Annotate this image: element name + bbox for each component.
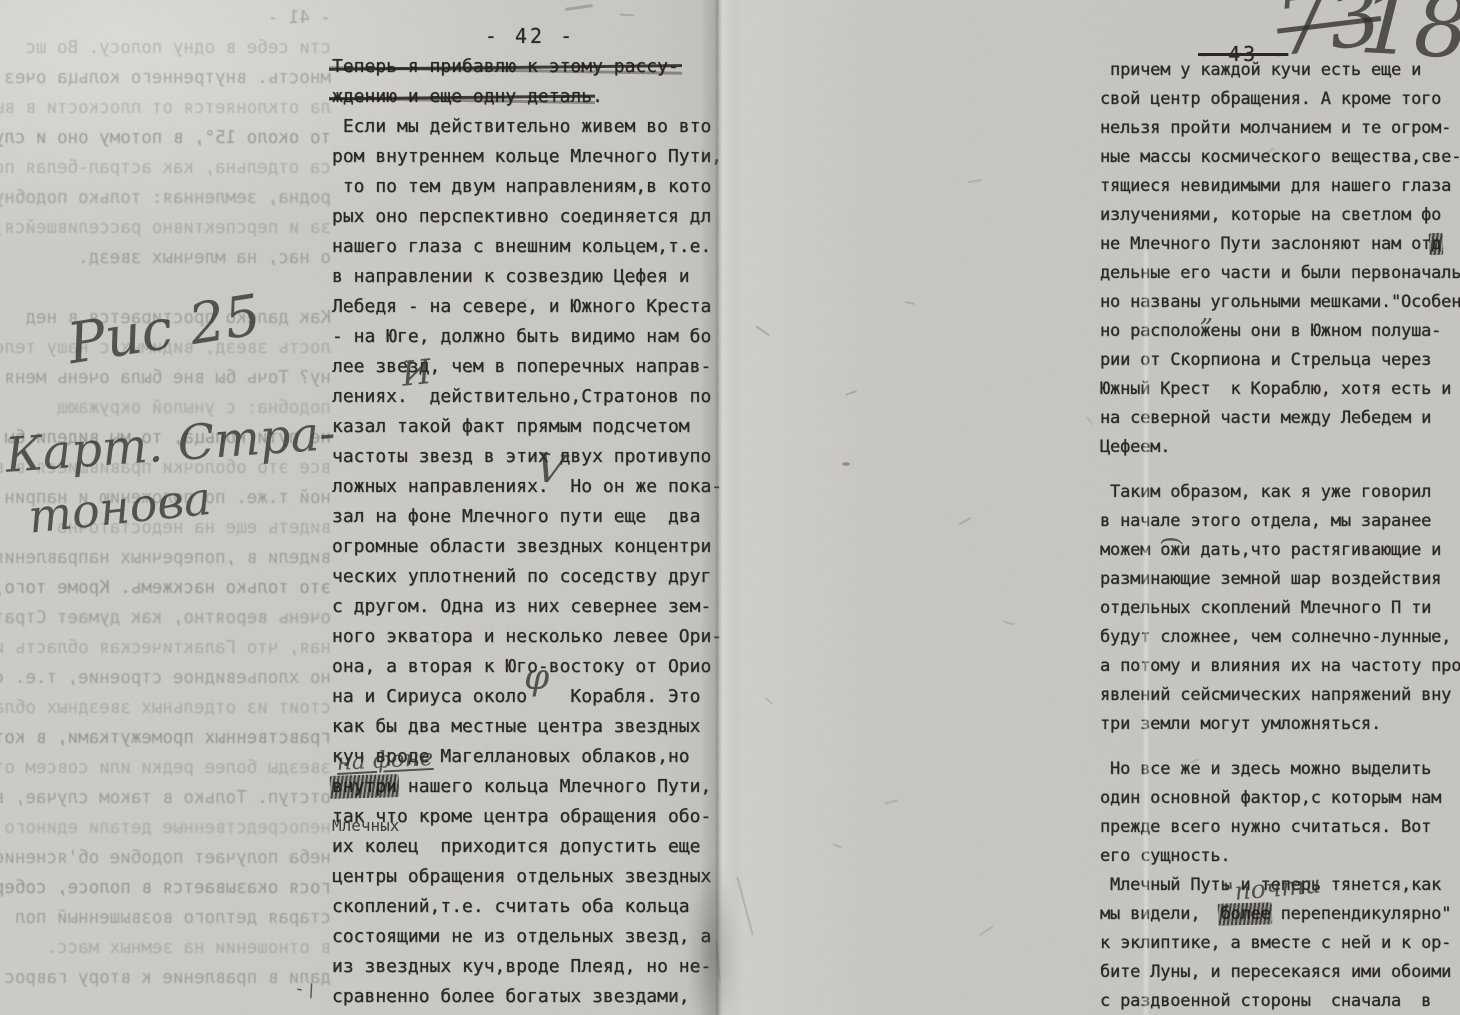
bleedthrough-line: непосредственные детали единого пол: [0, 818, 331, 848]
bleedthrough-line: дали в правление к втору гаврос: [0, 968, 331, 998]
typewritten-line: будут сложнее, чем солнечно-лунные,: [1100, 627, 1460, 656]
page-number-42: - 42 -: [440, 24, 620, 48]
typewritten-line: Цефеем.: [1100, 437, 1460, 466]
typewritten-line: Южный Крест к Кораблю, хотя есть и: [1100, 379, 1460, 408]
paper-fiber: [620, 14, 634, 17]
typewritten-line: на северной части между Лебедем и: [1100, 408, 1460, 437]
paper-fiber: [565, 4, 593, 11]
typewritten-line: - на Юге, должно быть видимо нам бо: [332, 326, 724, 356]
typed-insert-mlechnykh: Млечных: [332, 818, 399, 834]
typewritten-line: их колец приходится допустить еще: [332, 836, 724, 866]
typewritten-line: то по тем двум направлениям,в кото: [332, 176, 724, 206]
typewritten-line: Теперь я прибавлю к этому рассу-: [332, 56, 724, 86]
quote-insert: „: [1200, 300, 1213, 326]
paragraph-gap: [1100, 743, 1460, 759]
typewritten-line: частоты звезд в этих двух противупо: [332, 446, 724, 476]
typewritten-line: зал на фоне Млечного пути еще два: [332, 506, 724, 536]
typewritten-line: ждению и еще одну деталь.: [332, 86, 724, 116]
typewritten-line: разминающие земной шар воздействия: [1100, 569, 1460, 598]
bleedthrough-line: стоит из отдельных звездных облак: [0, 698, 331, 728]
struck-text: более: [1220, 904, 1270, 924]
typewritten-line: скоплений,т.е. считать оба кольца: [332, 896, 724, 926]
struck-text: Теперь я прибавлю к этому рассу-: [332, 56, 679, 77]
insert-na-fone: на фоне: [336, 747, 434, 775]
bleedthrough-line: видели в ,поперечных направлениях: [0, 548, 331, 578]
bleedthrough-line: звезды более редки или совсем ото: [0, 758, 331, 788]
typewritten-line: Лебедя - на севере, и Южного Креста: [332, 296, 724, 326]
check-mark: V: [534, 448, 567, 491]
typewritten-line: центры обращения отдельных звездных: [332, 866, 724, 896]
bleedthrough-line: о нас, на млечных звезд.: [0, 248, 331, 278]
typewritten-line: бите Луны, и пересекаяся ими обоими: [1100, 962, 1460, 991]
paper-fiber: [736, 877, 753, 935]
typewritten-line: излучениями, которые на светлом фо: [1100, 205, 1460, 234]
bleedthrough-line: гравственных промежутками, в котор: [0, 728, 331, 758]
bottom-fold-shadow: [686, 860, 738, 1015]
typewritten-line: дельные его части и были первоначаль: [1100, 263, 1460, 292]
bleedthrough-line: неба получает подобие об'яснение: [0, 848, 331, 878]
typewritten-line: можем ожи дать,что растягивающие и: [1100, 540, 1460, 569]
typewritten-line: Таким образом, как я уже говорил: [1100, 482, 1460, 511]
typewritten-line: нашего глаза с внешним кольцем,т.е.: [332, 236, 724, 266]
document-scan: - 41 -сти себе в одну полосу. Во шсмност…: [0, 0, 1460, 1015]
paper-fiber: [905, 301, 915, 304]
paper-fiber: [884, 799, 898, 804]
typewritten-line: состоящими не из отдельных звезд, а: [332, 926, 724, 956]
typewritten-line: Если мы действительно живем во вто: [332, 116, 724, 146]
paragraph-gap: [1100, 466, 1460, 482]
struck-text: внутри: [332, 776, 397, 797]
typewritten-line: лениях. действительно,Стратонов по: [332, 386, 724, 416]
bleedthrough-line: гося оказывается в полосе, соберо: [0, 878, 331, 908]
typewritten-line: с другом. Одна из них севернее зем-: [332, 596, 724, 626]
paper-fiber: [1086, 416, 1094, 425]
bleedthrough-line: ная, что Галактическая область им: [0, 638, 331, 668]
typewritten-line: в направлении к созвездию Цефея и: [332, 266, 724, 296]
typewritten-line: отдельных скоплений Млечного П ти: [1100, 598, 1460, 627]
typewritten-line: внутри нашего кольца Млечного Пути,: [332, 776, 724, 806]
typewritten-line: мы видели, более перепендикулярно": [1100, 904, 1460, 933]
typewritten-line: ложных направлениях. Но он же пока-: [332, 476, 724, 506]
typewritten-line: один основной фактор,с которым нам: [1100, 788, 1460, 817]
typewritten-line: лее звезд, чем в поперечных направ-: [332, 356, 724, 386]
typewritten-line: прежде всего нужно считаться. Вот: [1100, 817, 1460, 846]
typewritten-line: а потому и влияния их на частоту про-: [1100, 656, 1460, 685]
typewritten-line: три земли могут умложняться.: [1100, 714, 1460, 743]
page-43-text-column: причем у каждой кучи есть еще исвой цент…: [1100, 60, 1460, 1015]
bleedthrough-line: это только наскжемь. Кроме того,: [0, 578, 331, 608]
paper-stain: [842, 462, 850, 466]
typewritten-line: огромные области звездных концентри: [332, 536, 724, 566]
paper-fiber: [765, 697, 774, 705]
bleedthrough-line: то около 15°, в потому оно и случ: [0, 128, 331, 158]
typewritten-line: рых оно перспективно соединяется дл: [332, 206, 724, 236]
typewritten-line: его сущность.: [1100, 846, 1460, 875]
bleedthrough-line: - 41 -: [0, 8, 331, 38]
page-number-180: 180: [1357, 0, 1460, 74]
paper-fiber: [968, 179, 982, 183]
typewritten-line: из звездных куч,вроде Плеяд, но не-: [332, 956, 724, 986]
inserted-letter-i: И: [400, 355, 433, 392]
bleedthrough-line: в отношении на земных масс.: [0, 938, 331, 968]
typewritten-line: но расположены они в Южном полуша-: [1100, 321, 1460, 350]
paper-fiber: [1003, 620, 1015, 625]
typewritten-line: свой центр обращения. А кроме того: [1100, 89, 1460, 118]
struck-text: д: [1431, 234, 1441, 254]
typewritten-line: тящиеся невидимыми для нашего глаза: [1100, 176, 1460, 205]
bleedthrough-line: старая детлого возвышенный пол: [0, 908, 331, 938]
paper-fiber: [833, 843, 842, 848]
paper-fiber: [959, 517, 972, 525]
typewritten-line: но названы угольными мешками."Особен: [1100, 292, 1460, 321]
typewritten-line: ром внутреннем кольце Млечного Пути,: [332, 146, 724, 176]
typewritten-line: Но все же и здесь можно выделить: [1100, 759, 1460, 788]
typewritten-line: нельзя пройти молчанием и те огром-: [1100, 118, 1460, 147]
paper-fiber: [845, 390, 857, 396]
typewritten-line: ные массы космического вещества,све-: [1100, 147, 1460, 176]
paper-crease: [1144, 250, 1148, 1015]
pencil-dash-mark: - \: [295, 980, 316, 1001]
typewritten-line: сравненно более богатых звездами,: [332, 986, 724, 1015]
page-42-text-column: Теперь я прибавлю к этому рассу-ждению и…: [332, 56, 724, 1015]
typewritten-line: как бы два местные центра звездных: [332, 716, 724, 746]
bleedthrough-line: отступ. Только в таком случае, во: [0, 788, 331, 818]
struck-text: ждению и еще одну деталь: [332, 86, 592, 107]
phi-symbol: φ: [524, 660, 549, 696]
typewritten-line: ного экватора и несколько левее Ори-: [332, 626, 724, 656]
typewritten-line: явлений сейсмических напряжений вну: [1100, 685, 1460, 714]
typewritten-line: к эклиптике, а вместе с ней и к ор-: [1100, 933, 1460, 962]
bleedthrough-line: са отдельна, как астрал-белая пол: [0, 158, 331, 188]
bleedthrough-line: ну? Точь бы вне была очень меня: [0, 368, 331, 398]
typewritten-line: в начале этого отдела, мы заранее: [1100, 511, 1460, 540]
paper-fiber: [979, 926, 993, 936]
paper-fiber: [756, 326, 770, 336]
typewritten-line: рии от Скорпиона и Стрельца через: [1100, 350, 1460, 379]
bleedthrough-line: мность. внутреннего кольца очез в: [0, 68, 331, 98]
bleedthrough-line: за и перспективно расселившейся, пр: [0, 218, 331, 248]
bleedthrough-line: очень вероятно, как думает Стратон: [0, 608, 331, 638]
bleedthrough-line: но хлопьевидное строение, т.е. со: [0, 668, 331, 698]
typewritten-line: с раздвоенной стороны сначала в: [1100, 991, 1460, 1015]
bleedthrough-line: родна, земленная: только подобну н: [0, 188, 331, 218]
typewritten-line: ческих уплотнений по соседству друг: [332, 566, 724, 596]
bleedthrough-line: ла отклоняется от плоскости в вы: [0, 98, 331, 128]
typewritten-line: не Млечного Пути заслоняют нам отд: [1100, 234, 1460, 263]
bleedthrough-line: сти себе в одну полосу. Во шс: [0, 38, 331, 68]
typewritten-line: казал такой факт прямым подсчетом: [332, 416, 724, 446]
